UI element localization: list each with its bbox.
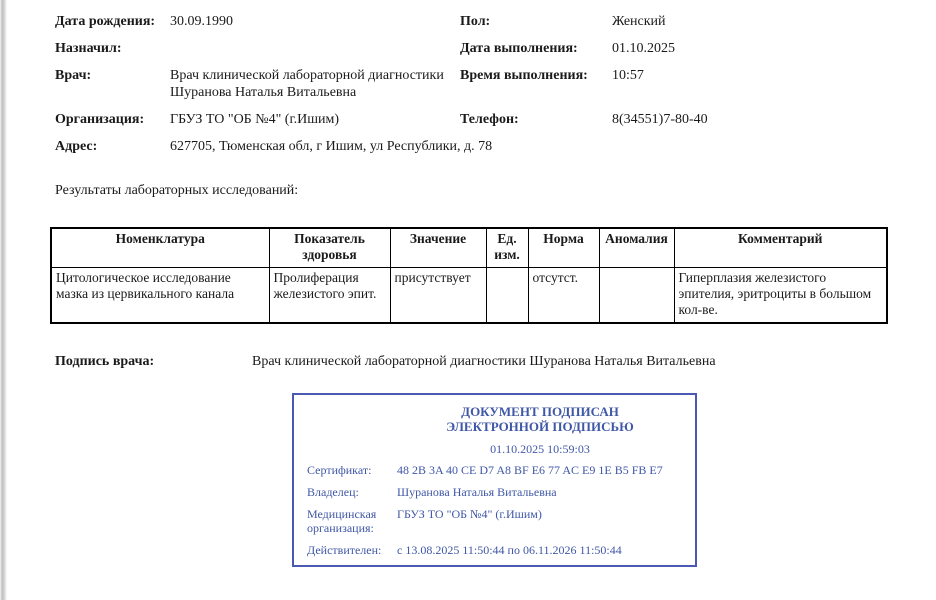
stamp-value-owner: Шуранова Наталья Витальевна [397, 485, 683, 499]
stamp-value-valid: с 13.08.2025 11:50:44 по 06.11.2026 11:5… [397, 543, 683, 557]
field-label-address: Адрес: [55, 138, 170, 155]
field-label-doctor: Врач: [55, 67, 170, 101]
results-section-title: Результаты лабораторных исследований: [55, 183, 936, 199]
col-header-norm: Норма [528, 228, 599, 268]
cell-comment: Гиперплазия железистого эпителия, эритро… [674, 268, 887, 324]
field-value-assigned-by [170, 40, 460, 57]
cell-value: присутствует [390, 268, 486, 324]
signature-row: Подпись врача: Врач клинической лаборато… [55, 353, 936, 370]
col-header-health-indicator: Показатель здоровья [269, 228, 390, 268]
col-header-nomenclature: Номенклатура [51, 228, 269, 268]
cell-unit [486, 268, 528, 324]
cell-norm: отсутст. [528, 268, 599, 324]
cell-nomenclature: Цитологическое исследование мазка из цер… [51, 268, 269, 324]
field-label-birthdate: Дата рождения: [55, 13, 170, 30]
stamp-label-medical-organization: Медицинская организация: [307, 507, 397, 535]
signature-value: Врач клинической лабораторной диагностик… [252, 353, 716, 370]
stamp-title: ДОКУМЕНТ ПОДПИСАН ЭЛЕКТРОННОЙ ПОДПИСЬЮ [397, 404, 683, 434]
results-table: Номенклатура Показатель здоровья Значени… [50, 227, 888, 324]
esignature-stamp: ДОКУМЕНТ ПОДПИСАН ЭЛЕКТРОННОЙ ПОДПИСЬЮ 0… [292, 393, 697, 567]
signature-label: Подпись врача: [55, 353, 252, 370]
stamp-label-owner: Владелец: [307, 485, 397, 499]
stamp-datetime: 01.10.2025 10:59:03 [397, 442, 683, 456]
field-value-execution-time: 10:57 [612, 67, 936, 101]
field-value-birthdate: 30.09.1990 [170, 13, 460, 30]
field-label-execution-date: Дата выполнения: [460, 40, 612, 57]
field-label-organization: Организация: [55, 111, 170, 128]
field-value-address: 627705, Тюменская обл, г Ишим, ул Респуб… [170, 138, 936, 155]
col-header-anomaly: Аномалия [599, 228, 674, 268]
field-label-phone: Телефон: [460, 111, 612, 128]
field-label-sex: Пол: [460, 13, 612, 30]
stamp-value-certificate: 48 2B 3A 40 CE D7 A8 BF E6 77 AC E9 1E B… [397, 463, 683, 477]
field-value-phone: 8(34551)7-80-40 [612, 111, 936, 128]
col-header-value: Значение [390, 228, 486, 268]
header-fields: Дата рождения: 30.09.1990 Пол: Женский Н… [55, 13, 936, 155]
stamp-label-certificate: Сертификат: [307, 463, 397, 477]
cell-health-indicator: Пролиферация железистого эпит. [269, 268, 390, 324]
col-header-unit: Ед. изм. [486, 228, 528, 268]
results-table-header: Номенклатура Показатель здоровья Значени… [51, 228, 887, 268]
col-header-comment: Комментарий [674, 228, 887, 268]
field-value-organization: ГБУЗ ТО "ОБ №4" (г.Ишим) [170, 111, 460, 128]
stamp-details: Сертификат: 48 2B 3A 40 CE D7 A8 BF E6 7… [307, 463, 683, 557]
cell-anomaly [599, 268, 674, 324]
stamp-value-medical-organization: ГБУЗ ТО "ОБ №4" (г.Ишим) [397, 507, 683, 521]
stamp-title-line1: ДОКУМЕНТ ПОДПИСАН [397, 404, 683, 419]
stamp-label-valid: Действителен: [307, 543, 397, 557]
field-label-assigned-by: Назначил: [55, 40, 170, 57]
field-label-execution-time: Время выполнения: [460, 67, 612, 101]
report-content: Дата рождения: 30.09.1990 Пол: Женский Н… [0, 0, 936, 567]
field-value-doctor: Врач клинической лабораторной диагностик… [170, 67, 460, 101]
field-value-sex: Женский [612, 13, 936, 30]
stamp-title-line2: ЭЛЕКТРОННОЙ ПОДПИСЬЮ [397, 419, 683, 434]
field-value-execution-date: 01.10.2025 [612, 40, 936, 57]
lab-report-page: Дата рождения: 30.09.1990 Пол: Женский Н… [0, 0, 936, 600]
table-row: Цитологическое исследование мазка из цер… [51, 268, 887, 324]
